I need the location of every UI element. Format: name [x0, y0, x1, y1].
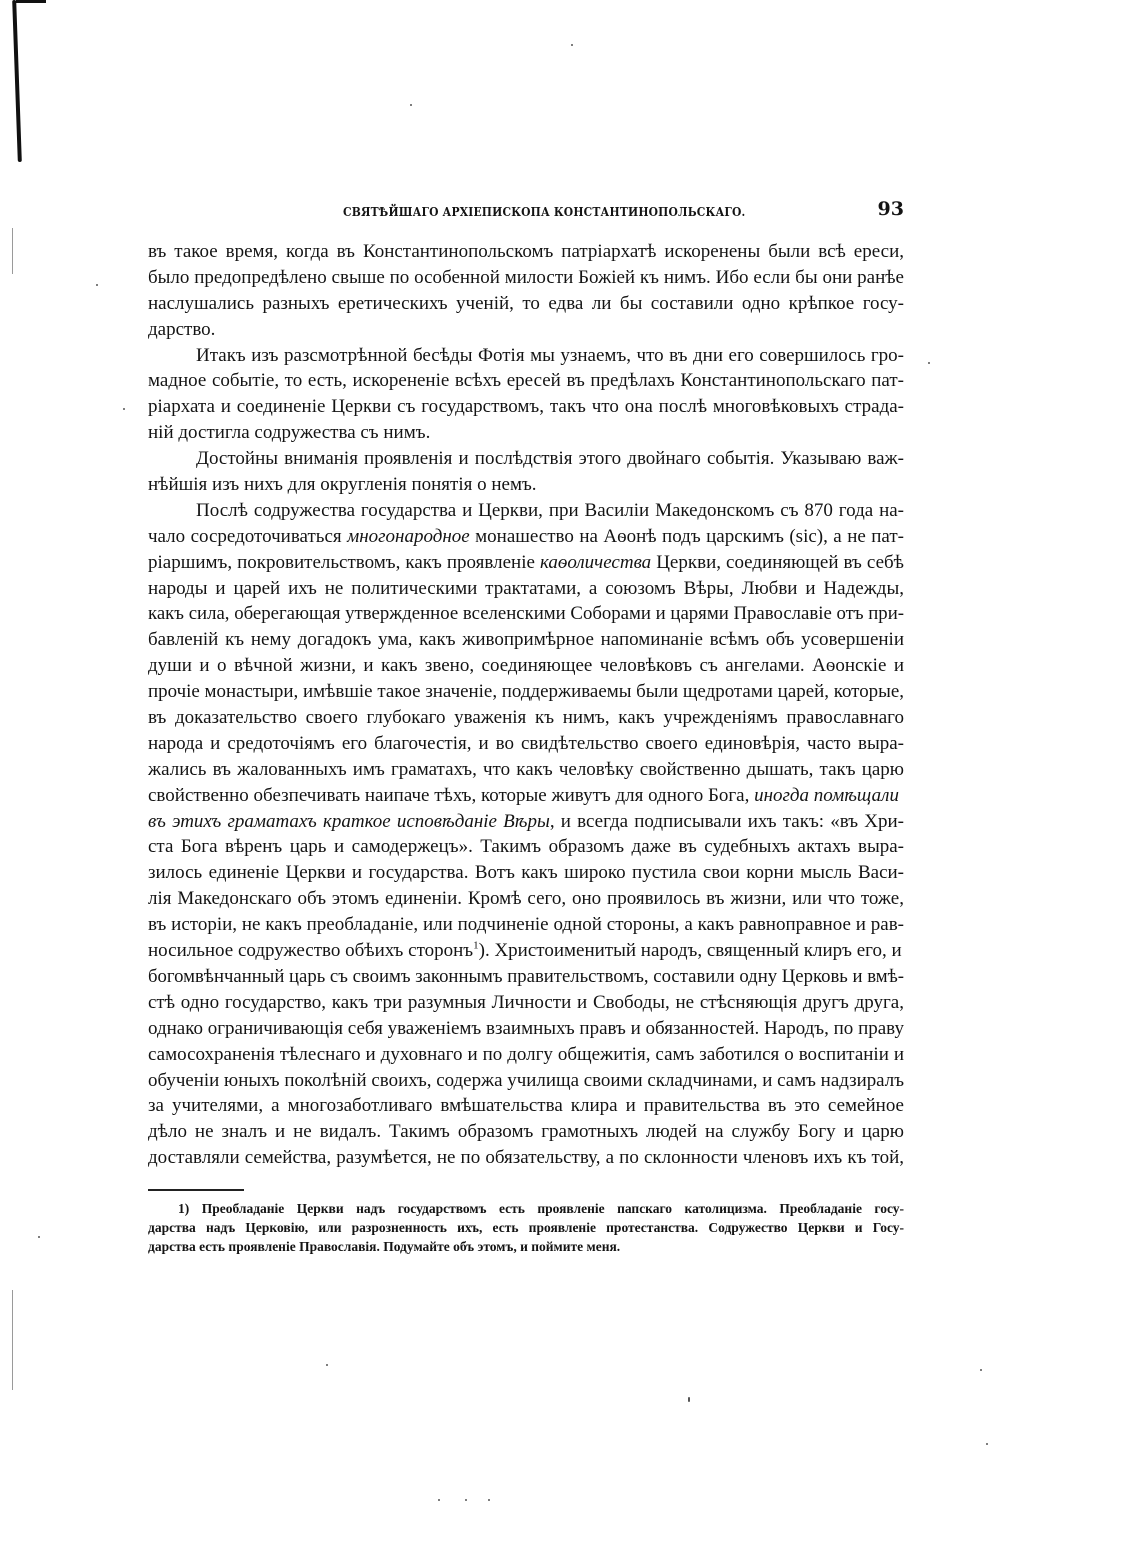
italic-emphasis: иногда помѣщали — [754, 785, 899, 806]
text-line: зилось единеніе Церкви и государства. Во… — [148, 860, 904, 886]
footnote-line: дарства надъ Церковію, или разрозненност… — [148, 1218, 904, 1237]
scan-speck — [571, 44, 573, 46]
body-text: въ такое время, когда въ Константинополь… — [148, 239, 904, 1171]
text-line: носильное содружество обѣихъ сторонъ1). … — [148, 938, 904, 964]
text-line: Достойны вниманія проявленія и послѣдств… — [148, 446, 904, 472]
text-line: было предопредѣлено свыше по особенной м… — [148, 265, 904, 291]
text-line: ній достигла содружества съ нимъ. — [148, 420, 904, 446]
scan-speck — [465, 1499, 467, 1501]
italic-emphasis: многонародное — [347, 526, 470, 547]
scan-speck — [688, 1397, 690, 1402]
text-line: мадное событіе, то есть, искорененіе всѣ… — [148, 368, 904, 394]
scan-speck — [980, 1369, 982, 1371]
text-line: народа и средоточіямъ его благочестія, и… — [148, 731, 904, 757]
scan-speck — [488, 1499, 490, 1501]
text-line: доставляли семейства, разумѣется, не по … — [148, 1145, 904, 1171]
running-head: СВЯТѢЙШАГО АРХІЕПИСКОПА КОНСТАНТИНОПОЛЬС… — [343, 204, 745, 219]
text-line: свойственно обезпечивать наипаче тѣхъ, к… — [148, 783, 904, 809]
text-line: наслушались разныхъ еретическихъ ученій,… — [148, 291, 904, 317]
scan-speck — [986, 1443, 988, 1445]
text-line: самосохраненія тѣлеснаго и духовнаго и п… — [148, 1042, 904, 1068]
footnote-rule — [148, 1189, 244, 1191]
scan-speck — [326, 1364, 328, 1366]
scan-speck — [928, 362, 930, 364]
text-line: чало сосредоточиваться многонародное мон… — [148, 524, 904, 550]
text-line: ріархата и соединеніе Церкви съ государс… — [148, 394, 904, 420]
page-header: СВЯТѢЙШАГО АРХІЕПИСКОПА КОНСТАНТИНОПОЛЬС… — [148, 198, 910, 224]
footnote-marker: 1 — [473, 940, 479, 952]
text-line: нѣйшія изъ нихъ для округленія понятія о… — [148, 472, 904, 498]
text-line: обученіи юныхъ поколѣній своихъ, содержа… — [148, 1068, 904, 1094]
scan-margin-line — [12, 1290, 13, 1390]
text-line: въ этихъ граматахъ краткое исповѣданіе В… — [148, 809, 904, 835]
text-line: народы и царей ихъ не политическими трак… — [148, 576, 904, 602]
scan-speck — [38, 1236, 40, 1238]
text-line: стѣ одно государство, какъ три разумныя … — [148, 990, 904, 1016]
text-line: однако ограничивающія себя уваженіемъ вз… — [148, 1016, 904, 1042]
page-number: 93 — [878, 198, 904, 220]
scan-speck — [96, 284, 98, 286]
scan-speck — [123, 408, 125, 410]
text-line: бавленій къ нему догадокъ ума, какъ живо… — [148, 627, 904, 653]
footnote-line: дарства есть проявленіе Православія. Под… — [148, 1237, 904, 1256]
text-line: ста Бога вѣренъ царь и самодержецъ». Так… — [148, 834, 904, 860]
margin-bracket-mark — [16, 0, 46, 3]
text-line: жались въ жалованныхъ имъ граматахъ, что… — [148, 757, 904, 783]
text-line: дарство. — [148, 317, 904, 343]
text-line: въ исторіи, не какъ преобладаніе, или по… — [148, 912, 904, 938]
text-line: души и о вѣчной жизни, и какъ звено, сое… — [148, 653, 904, 679]
text-line: за учителями, а многозаботливаго вмѣшате… — [148, 1093, 904, 1119]
text-line: въ доказательство своего глубокаго уваже… — [148, 705, 904, 731]
text-line: дѣло не зналъ и не видалъ. Такимъ образо… — [148, 1119, 904, 1145]
italic-emphasis: каѳоличества — [540, 552, 651, 573]
text-line: Итакъ изъ разсмотрѣнной бесѣды Фотія мы … — [148, 343, 904, 369]
scanned-book-page: СВЯТѢЙШАГО АРХІЕПИСКОПА КОНСТАНТИНОПОЛЬС… — [0, 0, 1140, 1559]
text-line: въ такое время, когда въ Константинополь… — [148, 239, 904, 265]
footnote: 1) Преобладаніе Церкви надъ государством… — [148, 1199, 904, 1256]
text-line: богомвѣнчанный царь съ своимъ законнымъ … — [148, 964, 904, 990]
margin-bracket-mark — [12, 0, 22, 162]
scan-speck — [438, 1499, 440, 1501]
text-line: Послѣ содружества государства и Церкви, … — [148, 498, 904, 524]
italic-emphasis: въ этихъ граматахъ краткое исповѣданіе В… — [148, 811, 550, 832]
text-line: прочіе монастыри, имѣвшіе такое значеніе… — [148, 679, 904, 705]
scan-margin-line — [12, 228, 13, 274]
footnote-line: 1) Преобладаніе Церкви надъ государством… — [148, 1199, 904, 1218]
text-line: какъ сила, оберегающая утвержденное всел… — [148, 601, 904, 627]
text-line: ріаршимъ, покровительствомъ, какъ проявл… — [148, 550, 904, 576]
scan-speck — [410, 104, 412, 106]
text-line: лія Македонскаго объ этомъ единеніи. Кро… — [148, 886, 904, 912]
